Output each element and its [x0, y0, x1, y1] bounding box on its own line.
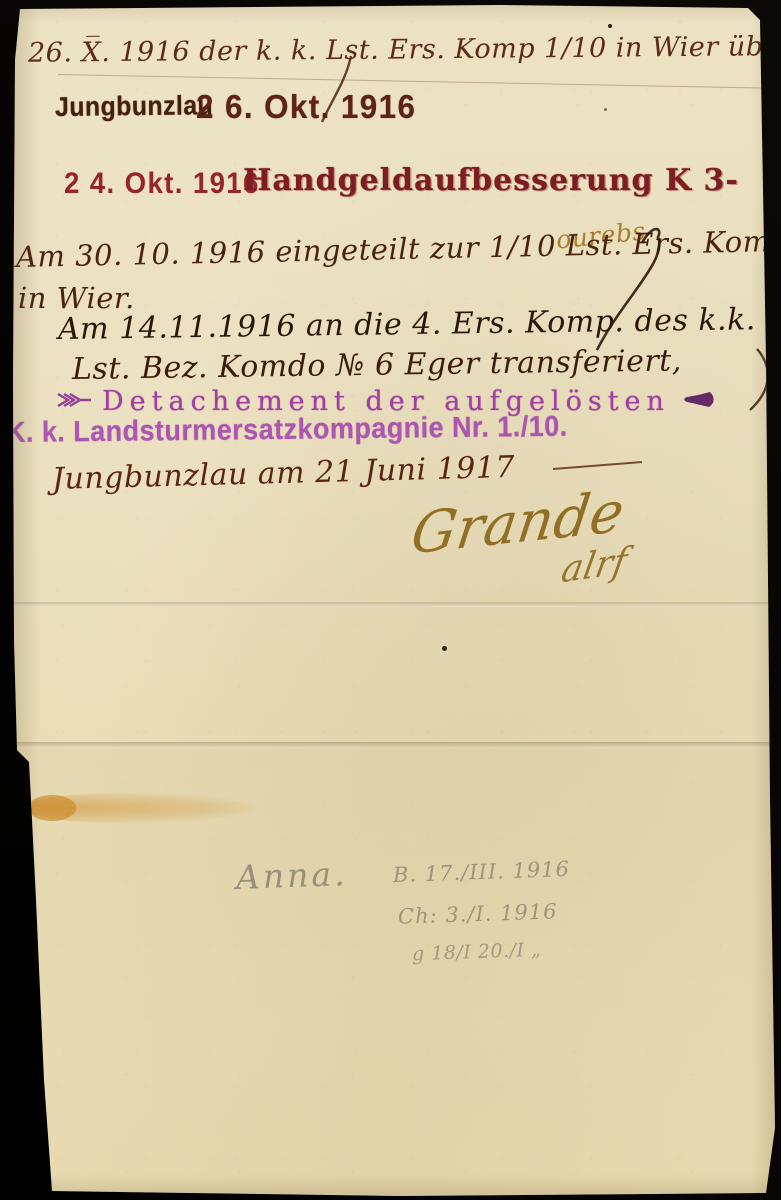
ink-speck	[608, 24, 612, 28]
entry-1916-10-30-line2: in Wier.	[18, 281, 135, 315]
date-stamp-26-okt-1916: 2 6. Okt. 1916	[196, 88, 416, 126]
stamp-ink-blot-icon	[680, 390, 716, 414]
stamp-arrow-left-icon	[56, 390, 92, 414]
entry-1917-06-21-place-date: Jungbunzlau am 21 Juni 1917	[52, 450, 516, 497]
ink-speck	[604, 108, 607, 111]
pencil-note-2: Ch: 3./I. 1916	[398, 899, 558, 929]
place-stamp-jungbunzlau: Jungbunzlau	[55, 90, 214, 123]
handgeld-stamp: Handgeldaufbesserung K 3-	[243, 163, 739, 198]
pencil-name: Anna.	[235, 854, 348, 897]
paper-stain-blob	[28, 795, 76, 821]
fold-crease-lower	[0, 742, 781, 749]
fold-crease-upper	[0, 602, 781, 607]
pencil-note-1: B. 17./III. 1916	[393, 857, 571, 887]
signature-flourish: alrf	[558, 540, 630, 592]
date-stamp-24-okt-1916: 2 4. Okt. 1916	[64, 167, 260, 201]
printed-guide-line	[58, 74, 764, 89]
pencil-note-3: g 18/I 20./I „	[412, 939, 542, 966]
entry-1916-11-14-line2: Lst. Bez. Komdo № 6 Eger transferiert,	[72, 343, 682, 387]
entry-1916-10-26: 26. X̅. 1916 der k. k. Lst. Ers. Komp 1/…	[28, 30, 781, 68]
entry-1916-10-30-line1: Am 30. 10. 1916 eingeteilt zur 1/10 Lst.…	[16, 224, 781, 274]
detachement-stamp-line2: K. k. Landsturmersatzkompagnie Nr. 1./10…	[6, 411, 568, 450]
ink-speck	[442, 646, 447, 651]
record-card-paper: 26. X̅. 1916 der k. k. Lst. Ers. Komp 1/…	[0, 0, 781, 1200]
document-scan: 26. X̅. 1916 der k. k. Lst. Ers. Komp 1/…	[0, 0, 781, 1200]
entry-1916-11-14-line1: Am 14.11.1916 an die 4. Ers. Komp. des k…	[58, 302, 756, 347]
